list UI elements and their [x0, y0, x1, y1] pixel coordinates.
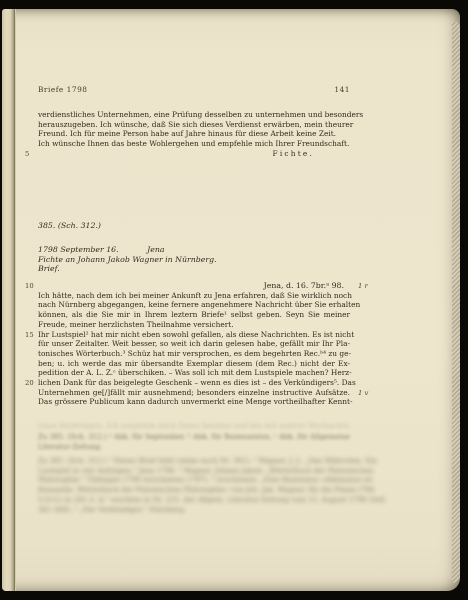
dateline-text: Jena, d. 16. 7br.ᵃ 98.	[38, 281, 350, 291]
line-text: 361-368). ⁵ „Der Verkündiger." Nürnberg.	[38, 506, 350, 516]
faded-text-line: nisse beybringen. Ich empfehle mich Ihne…	[38, 421, 350, 430]
line-number: 5	[25, 150, 29, 160]
line-text: nach Nürnberg abgegangen, keine fernere …	[38, 300, 350, 310]
letter-place: Jena	[147, 245, 164, 254]
letter-date: 1798 September 16.	[38, 245, 119, 254]
page-fore-edge	[452, 22, 460, 583]
letter-text-line: Ich hätte, nach dem ich bei meiner Ankun…	[38, 291, 350, 301]
letter-address: Fichte an Johann Jakob Wagner in Nürnber…	[38, 255, 350, 265]
line-text: können, als die Sie mir in Ihrem leztern…	[38, 310, 350, 320]
apparatus-line: Zu 385. (Sch. 312.) ᵃ Abk. für September…	[38, 433, 350, 443]
line-text: Literatur-Zeitung.	[38, 443, 350, 453]
apparatus-line: Philosophie." Tübingen 1798 (erschienen …	[38, 476, 350, 486]
apparatus-line: U.S.O.) in 281.3. A." erschien in Nr. 22…	[38, 496, 350, 506]
letter-text-line: Freude, meiner herzlichsten Theilnahme v…	[38, 320, 350, 330]
letter-type: Brief.	[38, 264, 350, 274]
line-text: ben; u. ich werde das mir übersandte Exe…	[38, 359, 350, 369]
book-page: Briefe 1798 141 verdienstliches Unterneh…	[2, 9, 460, 591]
letter-meta-dateline: 1798 September 16. Jena	[38, 245, 350, 255]
letter-body: 10 Jena, d. 16. 7br.ᵃ 98. 1 r Ich hätte,…	[38, 281, 350, 407]
letter-text-line: 5Fichte.	[38, 149, 350, 159]
line-text: pedition der A. L. Z.ᶜ überschiken. – Wa…	[38, 368, 350, 378]
line-text: Lustspiel in vier Aufzügen." Jena 1798. …	[38, 467, 350, 477]
running-header-title: Briefe 1798	[38, 85, 87, 94]
line-text: Ich wünsche Ihnen das beste Wohlergehen …	[38, 139, 350, 149]
letter-text-line: Das grössere Publicum kann dadurch unver…	[38, 397, 350, 407]
page-number: 141	[334, 85, 350, 94]
line-text: Freude, meiner herzlichsten Theilnahme v…	[38, 320, 350, 330]
line-text: lichen Dank für das beigelegte Geschenk …	[38, 378, 350, 388]
line-text: für unser Zeitalter. Weit besser, so wei…	[38, 339, 350, 349]
apparatus-line: 361-368). ⁵ „Der Verkündiger." Nürnberg.	[38, 506, 350, 516]
line-text: Das grössere Publicum kann dadurch unver…	[38, 397, 350, 407]
line-number: 15	[25, 331, 34, 341]
line-text: Freund. Ich für meine Person habe auf Ja…	[38, 129, 350, 139]
line-text: verdienstliches Unternehmen, eine Prüfun…	[38, 110, 350, 120]
running-header: Briefe 1798 141	[38, 85, 350, 94]
letter-text-line: verdienstliches Unternehmen, eine Prüfun…	[38, 110, 350, 120]
line-text: Zu 385. (Sch. 312.) ᵃ Abk. für September…	[38, 433, 350, 443]
apparatus-note-abbreviations: Zu 385. (Sch. 312.) ᵃ Abk. für September…	[38, 433, 350, 452]
line-text: Ich hätte, nach dem ich bei meiner Ankun…	[38, 291, 350, 301]
letter-text-line: pedition der A. L. Z.ᶜ überschiken. – Wa…	[38, 368, 350, 378]
letter-text-line: für unser Zeitalter. Weit besser, so wei…	[38, 339, 350, 349]
folio-marker: 1 r	[358, 282, 368, 292]
photo-background: Briefe 1798 141 verdienstliches Unterneh…	[0, 0, 468, 600]
line-text: Kennzeile. Wörterbuch der Platonischen P…	[38, 486, 350, 496]
letter-heading: 385. (Sch. 312.)	[38, 221, 350, 231]
facing-page-edge	[2, 9, 16, 591]
line-text: herauszugeben. Ich wünsche, daß Sie sich…	[38, 120, 350, 130]
letter-text-line: Ich wünsche Ihnen das beste Wohlergehen …	[38, 139, 350, 149]
letter-text-line: 20lichen Dank für das beigelegte Geschen…	[38, 378, 350, 388]
letter-number: 385. (Sch. 312.)	[38, 221, 101, 230]
letter-text-line: Unternehmen ge[/]fällt mir ausnehmend; b…	[38, 388, 350, 398]
line-text: Ihr Lustspiel² hat mir nicht eben sowohl…	[38, 330, 350, 340]
line-text: tonisches Wörterbuch.³ Schüz hat mir ver…	[38, 349, 350, 359]
line-number: 20	[25, 379, 34, 389]
letter-text-line: Freund. Ich für meine Person habe auf Ja…	[38, 129, 350, 139]
letter-text-line: ben; u. ich werde das mir übersandte Exe…	[38, 359, 350, 369]
letter-text-line: herauszugeben. Ich wünsche, daß Sie sich…	[38, 120, 350, 130]
folio-marker: 1 v	[358, 389, 368, 399]
letter-text-line: nach Nürnberg abgegangen, keine fernere …	[38, 300, 350, 310]
letter-body-lines: Ich hätte, nach dem ich bei meiner Ankun…	[38, 291, 350, 407]
line-text: Philosophie." Tübingen 1798 (erschienen …	[38, 476, 350, 486]
letter-text-line: können, als die Sie mir in Ihrem leztern…	[38, 310, 350, 320]
line-text: Fichte.	[38, 149, 350, 159]
apparatus-note-commentary: Zu 385. (Sch. 312.) ¹ Dieser Brief fehlt…	[38, 457, 350, 515]
line-text: Zu 385. (Sch. 312.) ¹ Dieser Brief fehlt…	[38, 457, 350, 467]
apparatus-line: Lustspiel in vier Aufzügen." Jena 1798. …	[38, 467, 350, 477]
letter-meta: 1798 September 16. Jena Fichte an Johann…	[38, 245, 350, 274]
letter-text-line: 15Ihr Lustspiel² hat mir nicht eben sowo…	[38, 330, 350, 340]
apparatus-line: Literatur-Zeitung.	[38, 443, 350, 453]
line-number: 10	[25, 282, 34, 292]
line-text: Unternehmen ge[/]fällt mir ausnehmend; b…	[38, 388, 350, 398]
letter-text-line: tonisches Wörterbuch.³ Schüz hat mir ver…	[38, 349, 350, 359]
line-text: U.S.O.) in 281.3. A." erschien in Nr. 22…	[38, 496, 350, 506]
apparatus-line: Kennzeile. Wörterbuch der Platonischen P…	[38, 486, 350, 496]
previous-letter-ending: verdienstliches Unternehmen, eine Prüfun…	[38, 110, 350, 159]
letter-dateline: 10 Jena, d. 16. 7br.ᵃ 98. 1 r	[38, 281, 350, 291]
apparatus-line: Zu 385. (Sch. 312.) ¹ Dieser Brief fehlt…	[38, 457, 350, 467]
